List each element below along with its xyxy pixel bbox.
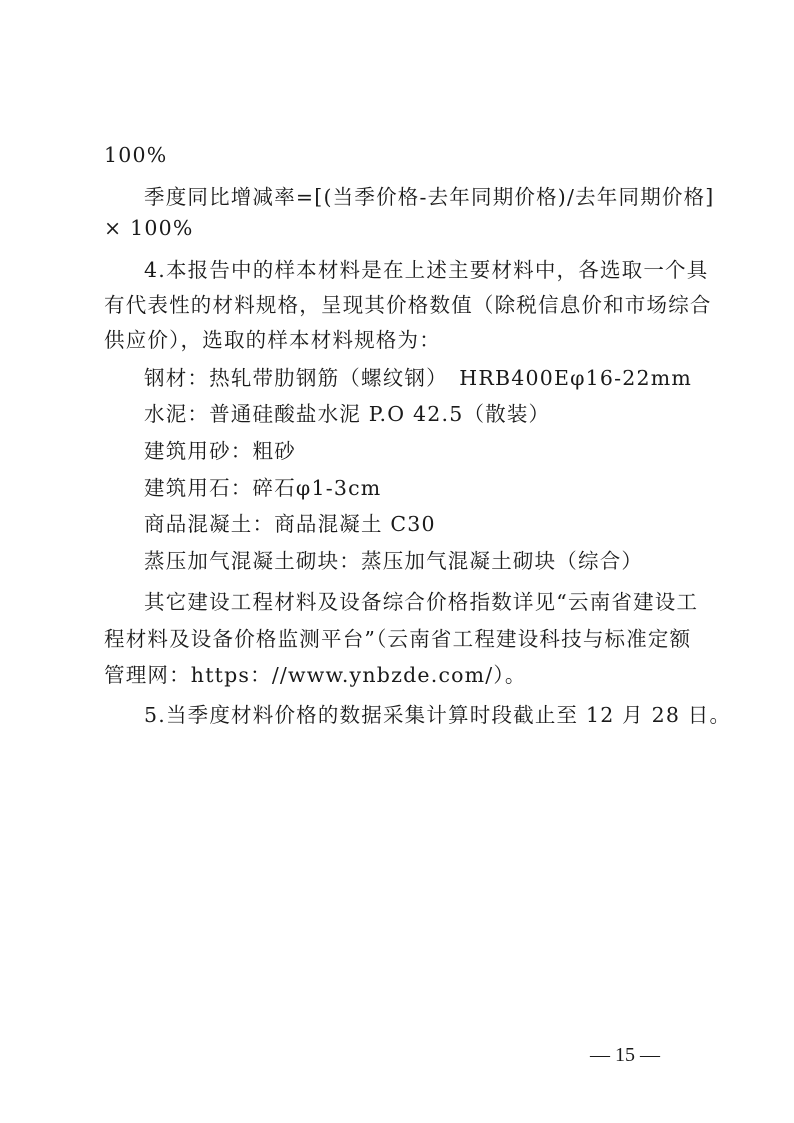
sample-concrete: 商品混凝土：商品混凝土 C30	[144, 510, 734, 538]
note-4-line-1: 4.本报告中的样本材料是在上述主要材料中，各选取一个具	[144, 256, 734, 284]
other-materials-line-1: 其它建设工程材料及设备综合价格指数详见“云南省建设工	[144, 588, 734, 616]
note-4-line-3: 供应价），选取的样本材料规格为：	[104, 326, 694, 354]
sample-stone: 建筑用石：碎石φ1-3cm	[144, 474, 734, 502]
yoy-change-formula: 季度同比增减率=[(当季价格-去年同期价格)/去年同期价格]	[144, 183, 734, 211]
note-5: 5.当季度材料价格的数据采集计算时段截止至 12 月 28 日。	[144, 701, 734, 729]
formula-continuation: 100%	[104, 141, 694, 169]
sample-aac-block: 蒸压加气混凝土砌块：蒸压加气混凝土砌块（综合）	[144, 547, 734, 575]
formula-multiplier: × 100%	[104, 214, 694, 242]
other-materials-line-2: 程材料及设备价格监测平台”（云南省工程建设科技与标准定额	[104, 625, 694, 653]
other-materials-line-3: 管理网：https：//www.ynbzde.com/）。	[104, 661, 694, 689]
note-4-line-2: 有代表性的材料规格，呈现其价格数值（除税信息价和市场综合	[104, 291, 694, 319]
sample-cement: 水泥：普通硅酸盐水泥 P.O 42.5（散装）	[144, 400, 734, 428]
sample-steel: 钢材：热轧带肋钢筋（螺纹钢） HRB400Eφ16-22mm	[144, 364, 734, 392]
sample-sand: 建筑用砂：粗砂	[144, 437, 734, 465]
document-page: 100% 季度同比增减率=[(当季价格-去年同期价格)/去年同期价格] × 10…	[0, 0, 794, 1123]
page-number: — 15 —	[590, 1042, 660, 1068]
